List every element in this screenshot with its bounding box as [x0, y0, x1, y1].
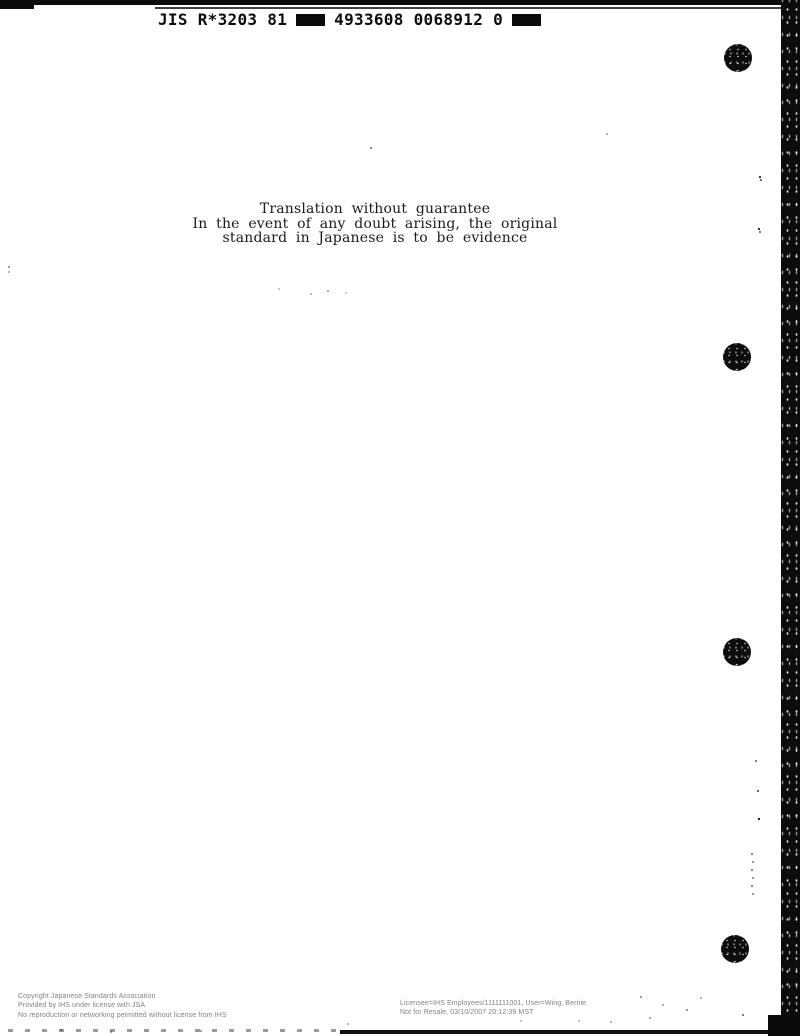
- scan-edge-bottom-dashes: [8, 1029, 344, 1032]
- scanned-document-page: JIS R*3203 81 4933608 0068912 0 Translat…: [0, 0, 800, 1036]
- copyright-footer: Copyright Japanese Standards Association…: [18, 992, 227, 1020]
- filled-block-icon: [512, 14, 541, 26]
- scan-edge-top-left-blob: [0, 0, 34, 9]
- scan-edge-top: [0, 0, 800, 5]
- notice-line-2: In the event of any doubt arising, the o…: [150, 217, 600, 232]
- scan-edge-bottom-right-corner: [768, 1015, 800, 1036]
- punch-hole-4: [721, 935, 749, 963]
- scan-edge-top-secondary: [155, 7, 788, 9]
- resale-line: Not for Resale, 03/10/2007 20:12:39 MST: [400, 1008, 586, 1017]
- scan-edge-right: [781, 0, 800, 1036]
- punch-hole-3: [723, 638, 751, 666]
- standard-code-mid: 4933608 0068912 0: [334, 10, 503, 29]
- licensee-line: Licensee=IHS Employees/1111111001, User=…: [400, 999, 586, 1008]
- scan-noise-specks: [0, 0, 2, 2]
- standard-code-header: JIS R*3203 81 4933608 0068912 0: [158, 10, 541, 29]
- punch-hole-1: [724, 44, 752, 72]
- copyright-line-1: Copyright Japanese Standards Association: [18, 992, 227, 1001]
- filled-block-icon: [296, 14, 325, 26]
- standard-code-left: JIS R*3203 81: [158, 10, 287, 29]
- notice-line-3: standard in Japanese is to be evidence: [150, 231, 600, 246]
- notice-line-1: Translation without guarantee: [150, 202, 600, 217]
- punch-hole-2: [723, 343, 751, 371]
- copyright-line-3: No reproduction or networking permitted …: [18, 1011, 227, 1020]
- copyright-line-2: Provided by IHS under license with JSA: [18, 1001, 227, 1010]
- scan-edge-bottom-line: [340, 1030, 800, 1034]
- license-footer: Licensee=IHS Employees/1111111001, User=…: [400, 999, 586, 1017]
- translation-notice: Translation without guarantee In the eve…: [150, 202, 600, 246]
